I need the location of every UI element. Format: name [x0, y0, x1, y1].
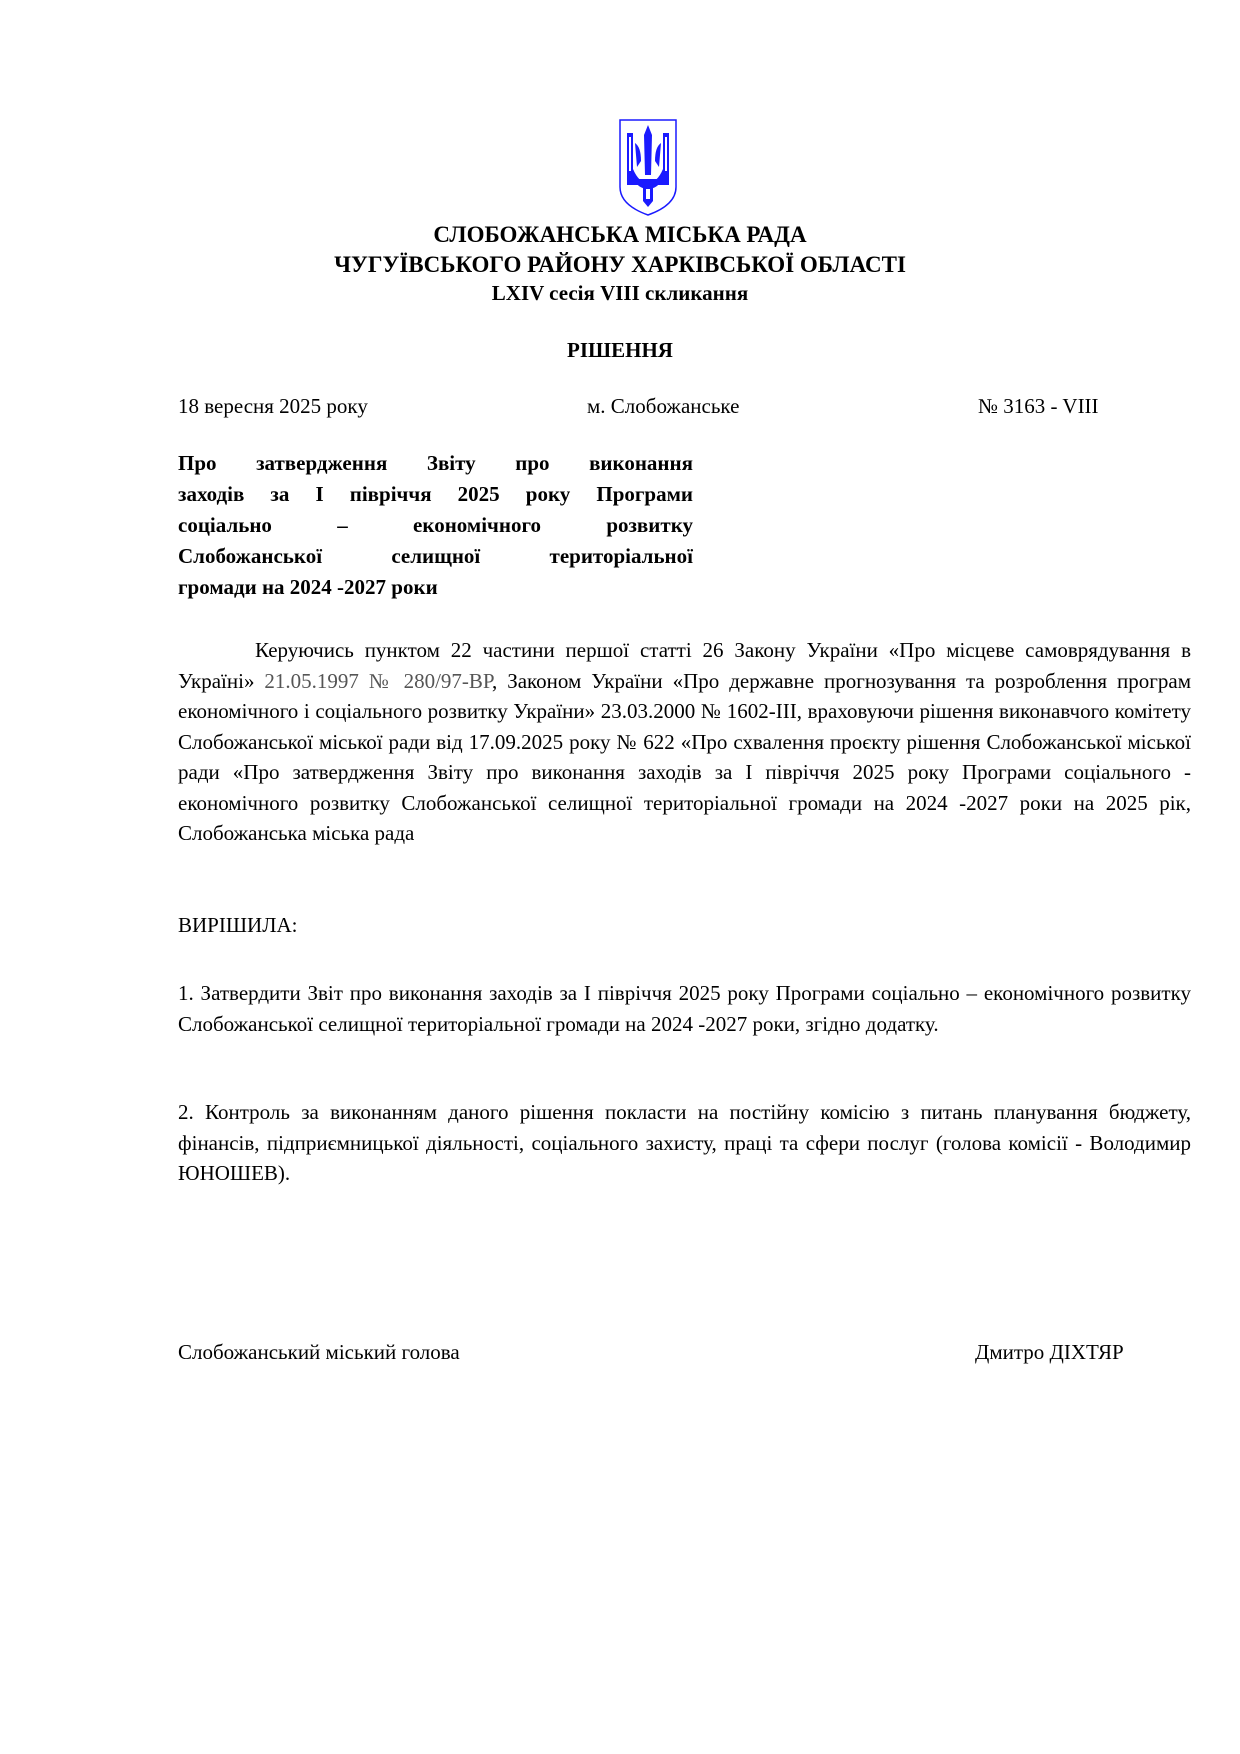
decision-number: № 3163 - VIII	[978, 394, 1099, 419]
district-name: ЧУГУЇВСЬКОГО РАЙОНУ ХАРКІВСЬКОЇ ОБЛАСТІ	[0, 252, 1240, 278]
document-page: СЛОБОЖАНСЬКА МІСЬКА РАДА ЧУГУЇВСЬКОГО РА…	[0, 0, 1240, 1754]
trident-coat-of-arms-icon	[617, 117, 679, 217]
subject-line: Про затвердження Звіту про виконання	[178, 448, 693, 479]
preamble-text: , Законом України «Про державне прогнозу…	[178, 669, 1191, 846]
decision-place: м. Слобожанське	[587, 394, 739, 419]
subject-line: Слобожанської селищної територіальної	[178, 541, 693, 572]
preamble-paragraph: Керуючись пунктом 22 частини першої стат…	[178, 635, 1191, 849]
subject-line: заходів за І півріччя 2025 року Програми	[178, 479, 693, 510]
decision-subject: Про затвердження Звіту про виконання зах…	[178, 448, 693, 603]
subject-line: громади на 2024 -2027 роки	[178, 572, 693, 603]
document-type-title: РІШЕННЯ	[0, 338, 1240, 363]
session-info: LXIV сесія VIII скликання	[0, 281, 1240, 306]
resolution-item-2: 2. Контроль за виконанням даного рішення…	[178, 1097, 1191, 1189]
council-name: СЛОБОЖАНСЬКА МІСЬКА РАДА	[0, 222, 1240, 248]
signatory-position: Слобожанський міський голова	[178, 1340, 460, 1365]
law-reference: 21.05.1997 № 280/97-ВР	[264, 669, 492, 693]
resolution-item-1: 1. Затвердити Звіт про виконання заходів…	[178, 978, 1191, 1039]
decision-date: 18 вересня 2025 року	[178, 394, 368, 419]
resolved-label: ВИРІШИЛА:	[178, 910, 1191, 941]
signatory-name: Дмитро ДІХТЯР	[975, 1340, 1124, 1365]
subject-line: соціально – економічного розвитку	[178, 510, 693, 541]
